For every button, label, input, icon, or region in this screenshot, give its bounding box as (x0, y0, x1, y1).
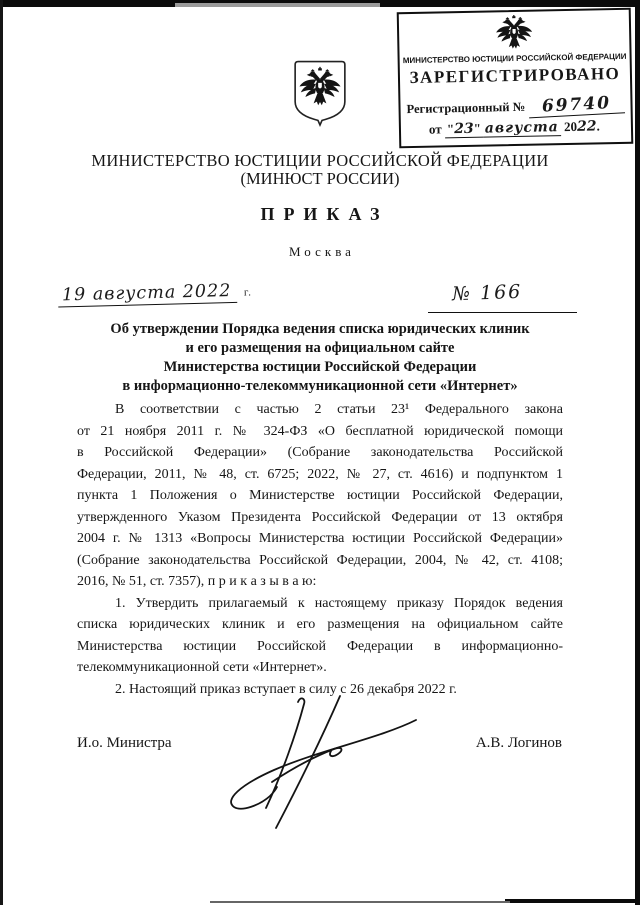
number-blank-line (428, 312, 577, 313)
order-body: В соответствии с частью 2 статьи 23¹ Фед… (77, 399, 563, 700)
stamp-registered-text: ЗАРЕГИСТРИРОВАНО (400, 64, 630, 88)
stamp-reg-label: Регистрационный № (406, 100, 525, 116)
coat-of-arms-icon (291, 59, 349, 128)
order-title-line: в информационно-телекоммуникационной сет… (0, 377, 640, 396)
body-paragraph-preamble: В соответствии с частью 2 статьи 23¹ Фед… (77, 399, 563, 593)
signature-icon (212, 690, 422, 830)
stamp-date-month-handwritten: августа (483, 119, 561, 137)
order-title: Об утверждении Порядка ведения списка юр… (0, 320, 640, 396)
stamp-date-day-handwritten: 23 (454, 121, 474, 137)
stamp-quote-close: " (473, 121, 481, 136)
body-line: Федерации, 2011, № 48, ст. 6725; 2022, №… (77, 464, 563, 486)
stamp-ministry-text: МИНИСТЕРСТВО ЮСТИЦИИ РОССИЙСКОЙ ФЕДЕРАЦИ… (400, 52, 630, 65)
scan-border-left (0, 0, 3, 905)
stamp-year-handwritten: 22 (577, 118, 597, 134)
date-handwritten: 19 августа 2022 г. (58, 280, 252, 307)
stamp-reg-number-handwritten: 69740 (528, 92, 625, 118)
date-suffix: г. (244, 286, 252, 298)
city-label: Москва (0, 244, 640, 260)
scan-border-bottom-gray (210, 901, 510, 903)
scan-border-top-gray (175, 3, 380, 7)
body-line: утвержденного Указом Президента Российск… (77, 507, 563, 529)
stamp-year-printed: 20 (564, 119, 577, 134)
scan-border-right (635, 0, 640, 905)
stamp-date-day-wrap: "23" (445, 121, 483, 139)
stamp-date-prefix: от (429, 121, 442, 136)
body-line: Министерства юстиции Российской Федераци… (77, 636, 563, 658)
document-page: МИНИСТЕРСТВО ЮСТИЦИИ РОССИЙСКОЙ ФЕДЕРАЦИ… (0, 0, 640, 905)
signer-name: А.В. Логинов (476, 735, 562, 752)
order-number-handwritten: № 166 (452, 281, 523, 305)
body-line: 1. Утвердить прилагаемый к настоящему пр… (77, 593, 563, 615)
stamp-registration-number-line: Регистрационный № 69740 (406, 94, 624, 119)
body-line: от 21 ноября 2011 г. № 324-ФЗ «О бесплат… (77, 421, 563, 443)
body-line: пункта 1 Положения о Министерстве юстици… (77, 485, 563, 507)
body-line: В соответствии с частью 2 статьи 23¹ Фед… (77, 399, 563, 421)
body-line: в Российской Федерации» (Собрание законо… (77, 442, 563, 464)
body-line: 2016, № 51, ст. 7357), п р и к а з ы в а… (77, 571, 563, 593)
body-line: списка юридических клиник и его размещен… (77, 614, 563, 636)
scan-border-bottom (505, 899, 640, 903)
registration-stamp: МИНИСТЕРСТВО ЮСТИЦИИ РОССИЙСКОЙ ФЕДЕРАЦИ… (397, 8, 634, 148)
body-line: (Собрание законодательства Российской Фе… (77, 550, 563, 572)
body-line: 2004 г. № 1313 «Вопросы Министерства юст… (77, 528, 563, 550)
body-line: телекоммуникационной сети «Интернет». (77, 657, 563, 679)
date-handwritten-text: 19 августа 2022 (58, 281, 238, 308)
stamp-period: . (596, 118, 600, 133)
ministry-name: МИНИСТЕРСТВО ЮСТИЦИИ РОССИЙСКОЙ ФЕДЕРАЦИ… (0, 151, 640, 171)
stamp-date-line: от "23"августа 2022. (429, 118, 629, 139)
stamp-coat-of-arms-icon (494, 15, 535, 52)
signer-position: И.о. Министра (77, 735, 172, 752)
document-type-heading: ПРИКАЗ (0, 204, 640, 225)
order-title-line: Министерства юстиции Российской Федераци… (0, 358, 640, 377)
order-title-line: и его размещения на официальном сайте (0, 339, 640, 358)
body-paragraph-item1: 1. Утвердить прилагаемый к настоящему пр… (77, 593, 563, 679)
ministry-short-name: (МИНЮСТ РОССИИ) (0, 169, 640, 189)
order-title-line: Об утверждении Порядка ведения списка юр… (0, 320, 640, 339)
